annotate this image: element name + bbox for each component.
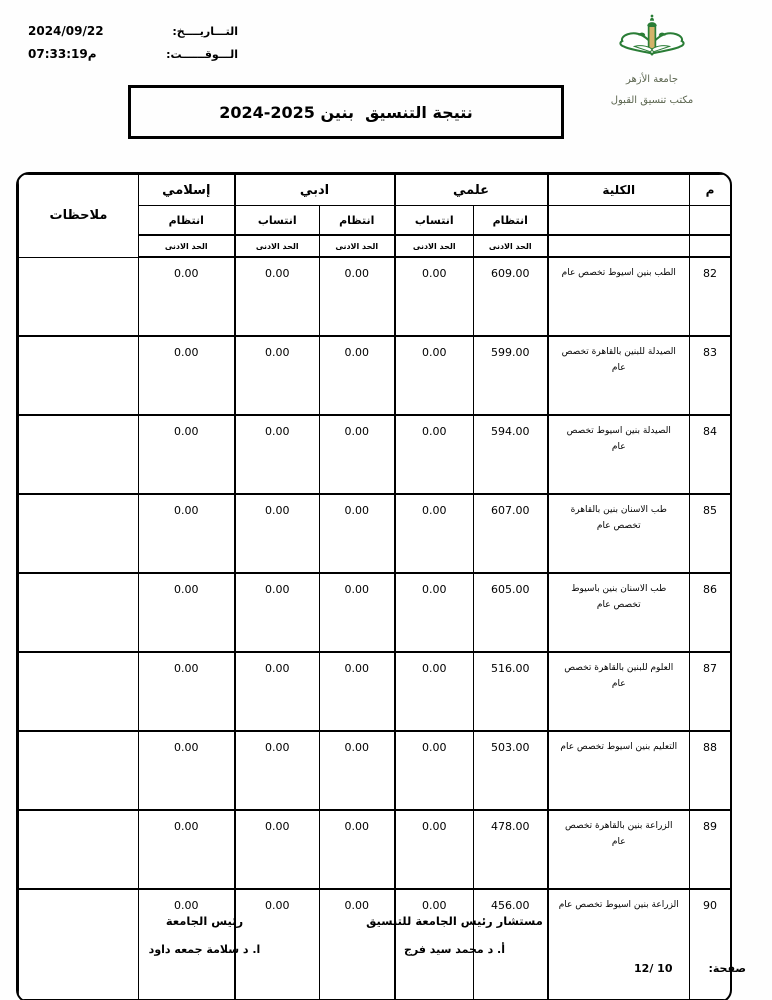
table-row: 82 الطب بنين اسيوط تخصص عام 609.00 0.00 … (19, 257, 731, 336)
table-row: 83 الصيدلة للبنين بالقاهرة تخصص عام 599.… (19, 336, 731, 415)
min-label-sci-aff: الحد الادنى (395, 235, 474, 257)
notes-cell (19, 257, 139, 336)
header-lit-regular: انتظام (320, 206, 395, 236)
header-lit-affiliation: انتساب (235, 206, 320, 236)
row-number: 88 (690, 731, 731, 810)
president-title: رئيس الجامعة (122, 914, 287, 928)
row-number: 84 (690, 415, 731, 494)
header-sci-affiliation: انتساب (395, 206, 474, 236)
sci-regular-min: 594.00 (474, 415, 548, 494)
row-number: 89 (690, 810, 731, 889)
document-title: نتيجة التنسيق بنين 2025-2024 (219, 103, 473, 122)
notes-cell (19, 810, 139, 889)
sci-regular-min: 478.00 (474, 810, 548, 889)
notes-cell (19, 415, 139, 494)
time-value: 07:33:19م (28, 47, 97, 61)
university-logo-block: جامعة الأزهر مكتب تنسيق القبول (594, 14, 710, 106)
lit-affiliation-min: 0.00 (235, 415, 320, 494)
lit-regular-min: 0.00 (320, 336, 395, 415)
document-title-box: نتيجة التنسيق بنين 2025-2024 (128, 85, 564, 139)
notes-cell (19, 573, 139, 652)
header-group-scientific: علمي (395, 175, 548, 206)
date-row: التـــاريــــخ: 2024/09/22 (28, 24, 238, 38)
page-number: صفحة: 10 /12 (634, 962, 746, 975)
college-name: طب الاسنان بنين باسيوط تخصص عام (548, 573, 690, 652)
advisor-name: أ. د محمد سيد فرج (352, 943, 557, 956)
sci-regular-min: 609.00 (474, 257, 548, 336)
lit-affiliation-min: 0.00 (235, 652, 320, 731)
row-number: 85 (690, 494, 731, 573)
college-name: التعليم بنين اسيوط تخصص عام (548, 731, 690, 810)
lit-regular-min: 0.00 (320, 731, 395, 810)
sci-affiliation-min: 0.00 (395, 573, 474, 652)
table-row: 86 طب الاسنان بنين باسيوط تخصص عام 605.0… (19, 573, 731, 652)
lit-regular-min: 0.00 (320, 257, 395, 336)
sci-regular-min: 503.00 (474, 731, 548, 810)
isl-regular-min: 0.00 (139, 810, 235, 889)
results-table: م الكلية علمي ادبي إسلامي ملاحظات انتظام… (16, 172, 732, 1000)
lit-regular-min: 0.00 (320, 415, 395, 494)
notes-cell (19, 336, 139, 415)
lit-affiliation-min: 0.00 (235, 257, 320, 336)
document-page: التـــاريــــخ: 2024/09/22 الـــوقــــــ… (0, 0, 772, 1000)
header-num-spacer2 (690, 235, 731, 257)
college-name: الصيدلة بنين اسيوط تخصص عام (548, 415, 690, 494)
sci-affiliation-min: 0.00 (395, 336, 474, 415)
time-row: الـــوقــــــت: 07:33:19م (28, 47, 238, 61)
date-value: 2024/09/22 (28, 24, 104, 38)
college-name: العلوم للبنين بالقاهرة تخصص عام (548, 652, 690, 731)
min-label-isl-reg: الحد الادنى (139, 235, 235, 257)
lit-affiliation-min: 0.00 (235, 573, 320, 652)
sci-affiliation-min: 0.00 (395, 810, 474, 889)
sci-affiliation-min: 0.00 (395, 257, 474, 336)
university-name: جامعة الأزهر (594, 74, 710, 85)
isl-regular-min: 0.00 (139, 415, 235, 494)
row-number: 86 (690, 573, 731, 652)
page-value: 10 /12 (634, 962, 672, 975)
college-name: طب الاسنان بنين بالقاهرة تخصص عام (548, 494, 690, 573)
results-table-body: 82 الطب بنين اسيوط تخصص عام 609.00 0.00 … (19, 257, 731, 1000)
sci-affiliation-min: 0.00 (395, 731, 474, 810)
notes-cell (19, 494, 139, 573)
header-group-islamic: إسلامي (139, 175, 235, 206)
time-label: الـــوقــــــت: (166, 48, 238, 61)
isl-regular-min: 0.00 (139, 573, 235, 652)
lit-affiliation-min: 0.00 (235, 810, 320, 889)
table-row: 89 الزراعة بنين بالقاهرة تخصص عام 478.00… (19, 810, 731, 889)
row-number: 87 (690, 652, 731, 731)
table-row: 87 العلوم للبنين بالقاهرة تخصص عام 516.0… (19, 652, 731, 731)
min-label-lit-reg: الحد الادنى (320, 235, 395, 257)
table-row: 85 طب الاسنان بنين بالقاهرة تخصص عام 607… (19, 494, 731, 573)
date-label: التـــاريــــخ: (172, 25, 238, 38)
sci-affiliation-min: 0.00 (395, 494, 474, 573)
college-name: الصيدلة للبنين بالقاهرة تخصص عام (548, 336, 690, 415)
page-label: صفحة: (708, 962, 746, 975)
header-sci-regular: انتظام (474, 206, 548, 236)
header-college: الكلية (548, 175, 690, 206)
college-name: الزراعة بنين اسيوط تخصص عام (548, 889, 690, 1000)
sci-regular-min: 607.00 (474, 494, 548, 573)
min-label-lit-aff: الحد الادنى (235, 235, 320, 257)
datetime-block: التـــاريــــخ: 2024/09/22 الـــوقــــــ… (28, 24, 238, 70)
admission-office-name: مكتب تنسيق القبول (594, 95, 710, 106)
sci-regular-min: 605.00 (474, 573, 548, 652)
lit-regular-min: 0.00 (320, 494, 395, 573)
header-group-literary: ادبي (235, 175, 395, 206)
lit-regular-min: 0.00 (320, 652, 395, 731)
row-number: 90 (690, 889, 731, 1000)
sci-affiliation-min: 0.00 (395, 652, 474, 731)
isl-regular-min: 0.00 (139, 494, 235, 573)
lit-affiliation-min: 0.00 (235, 336, 320, 415)
isl-regular-min: 0.00 (139, 652, 235, 731)
header-num: م (690, 175, 731, 206)
isl-regular-min: 0.00 (139, 336, 235, 415)
lit-affiliation-min: 0.00 (235, 494, 320, 573)
lit-regular-min: 0.00 (320, 810, 395, 889)
advisor-title: مستشار رئيس الجامعة للتنسيق (352, 914, 557, 928)
president-name: ا. د سلامة جمعه داود (122, 943, 287, 956)
header-college-spacer (548, 206, 690, 236)
header-college-spacer2 (548, 235, 690, 257)
lit-affiliation-min: 0.00 (235, 731, 320, 810)
sci-regular-min: 516.00 (474, 652, 548, 731)
min-label-sci-reg: الحد الادنى (474, 235, 548, 257)
sci-regular-min: 599.00 (474, 336, 548, 415)
college-name: الطب بنين اسيوط تخصص عام (548, 257, 690, 336)
notes-cell (19, 731, 139, 810)
isl-regular-min: 0.00 (139, 257, 235, 336)
header-notes: ملاحظات (19, 175, 139, 258)
header-num-spacer (690, 206, 731, 236)
sci-affiliation-min: 0.00 (395, 415, 474, 494)
college-name: الزراعة بنين بالقاهرة تخصص عام (548, 810, 690, 889)
table-row: 88 التعليم بنين اسيوط تخصص عام 503.00 0.… (19, 731, 731, 810)
row-number: 82 (690, 257, 731, 336)
table-row: 84 الصيدلة بنين اسيوط تخصص عام 594.00 0.… (19, 415, 731, 494)
al-azhar-emblem-icon (618, 14, 686, 68)
header-isl-regular: انتظام (139, 206, 235, 236)
notes-cell (19, 652, 139, 731)
isl-regular-min: 0.00 (139, 731, 235, 810)
lit-regular-min: 0.00 (320, 573, 395, 652)
notes-cell (19, 889, 139, 1000)
row-number: 83 (690, 336, 731, 415)
